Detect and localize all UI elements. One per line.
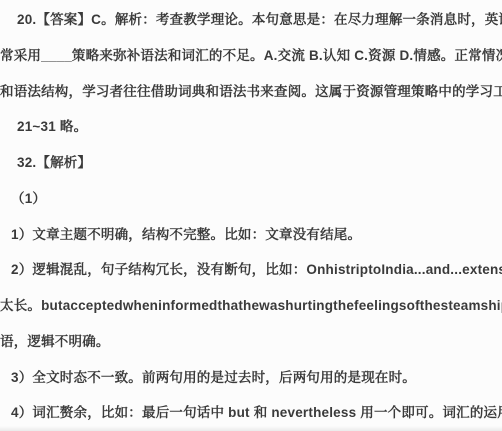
- text-line: 2）逻辑混乱，句子结构冗长，没有断句，比如：OnhistriptoIndia..…: [0, 252, 502, 288]
- text-line: 语，逻辑不明确。: [0, 324, 502, 360]
- text-line: 和语法结构，学习者往往借助词典和语法书来查阅。这属于资源管理策略中的学习工具的使…: [0, 74, 502, 110]
- text-line: 20.【答案】C。解析：考查教学理论。本句意思是：在尽力理解一条消息时，英语学习…: [0, 2, 502, 38]
- document-lines: 20.【答案】C。解析：考查教学理论。本句意思是：在尽力理解一条消息时，英语学习…: [0, 0, 502, 431]
- text-line: 常采用____策略来弥补语法和词汇的不足。A.交流 B.认知 C.资源 D.情感…: [0, 38, 502, 74]
- text-line: 21~31 略。: [0, 109, 502, 145]
- text-line: 1）文章主题不明确，结构不完整。比如：文章没有结尾。: [0, 217, 502, 253]
- document-page: 20.【答案】C。解析：考查教学理论。本句意思是：在尽力理解一条消息时，英语学习…: [0, 0, 502, 431]
- text-line: 32.【解析】: [0, 145, 502, 181]
- text-line: 4）词汇赘余，比如：最后一句话中 but 和 nevertheless 用一个即…: [0, 395, 502, 431]
- text-line: 太长。butacceptedwheninformedthathewashurti…: [0, 288, 502, 324]
- text-line: 3）全文时态不一致。前两句用的是过去时，后两句用的是现在时。: [0, 360, 502, 396]
- text-line: （1）: [0, 181, 502, 217]
